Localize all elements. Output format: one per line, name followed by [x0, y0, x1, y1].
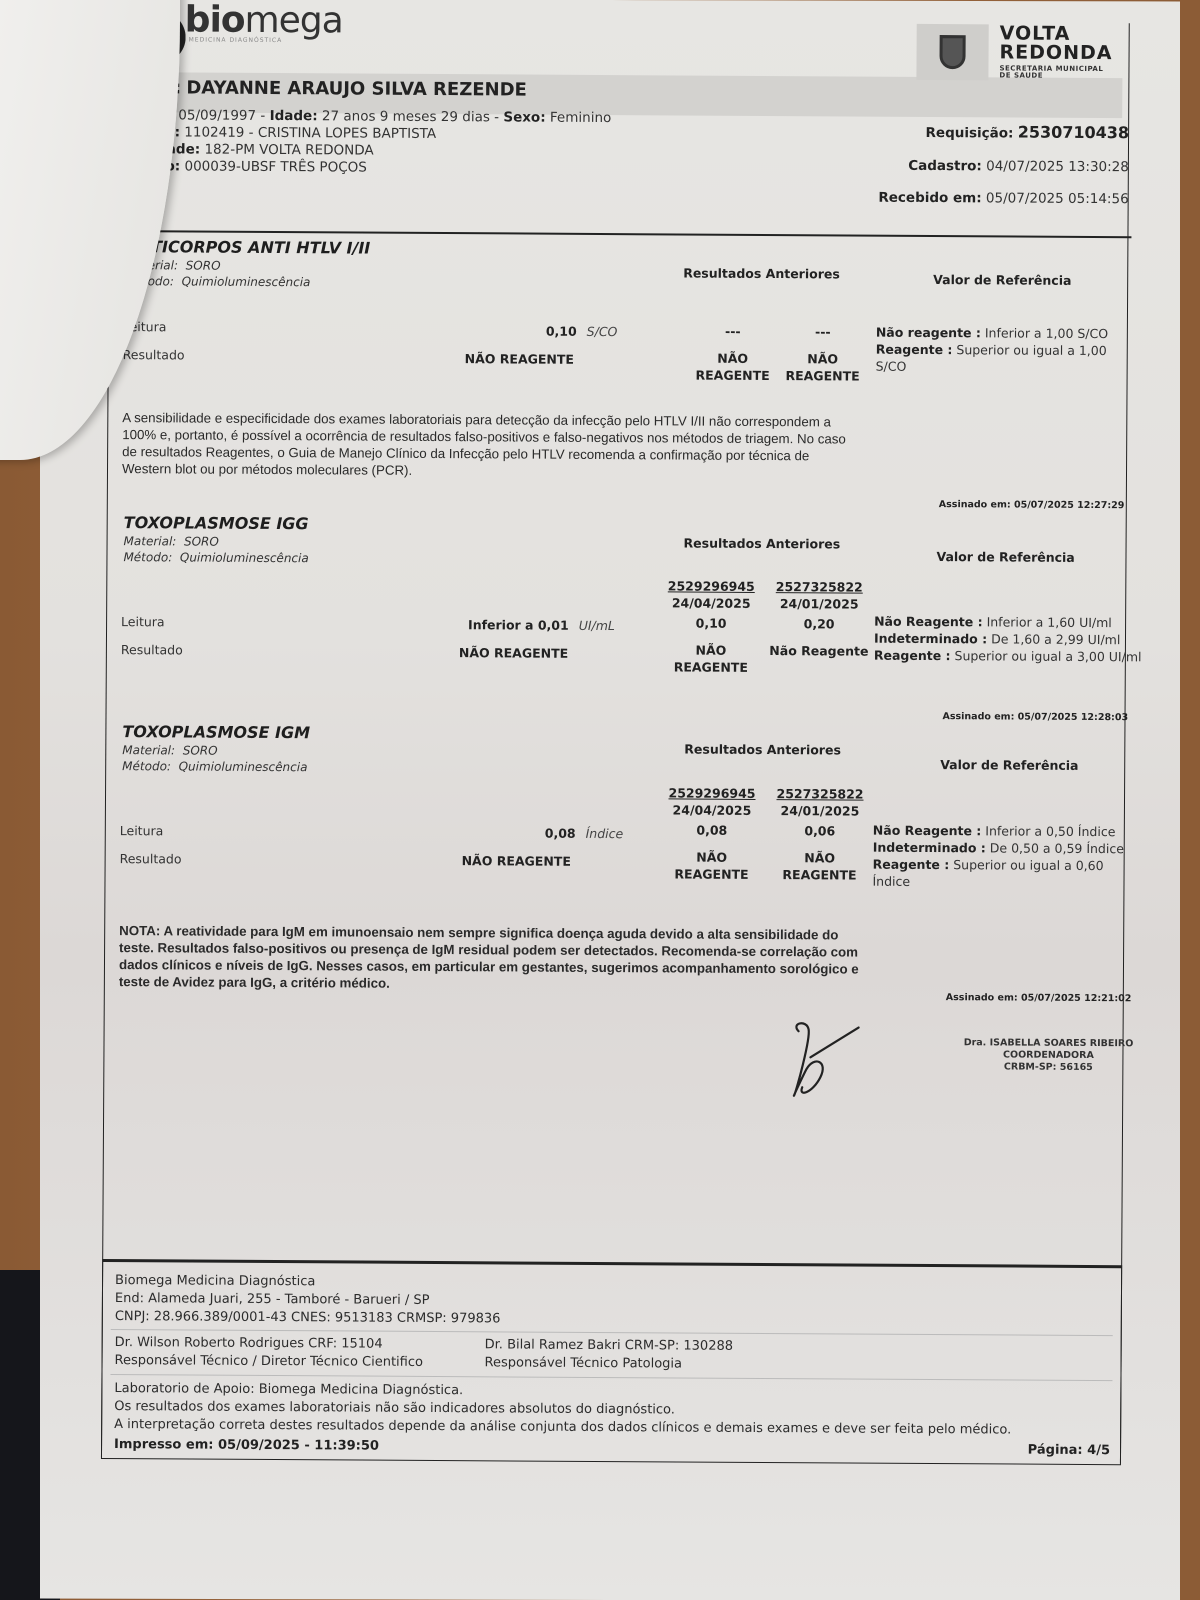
sexo-value: Feminino: [550, 110, 611, 126]
page-label: Página:: [1028, 1443, 1083, 1458]
signed-toxo-igg: Assinado em: 05/07/2025 12:28:03: [942, 711, 1128, 723]
exam-meta-toxo-igg: Material: SORO Método: Quimioluminescênc…: [123, 533, 308, 566]
previous-result-1-toxo-igg: 2529296945 24/04/2025 0,10 NÃO REAGENTE: [661, 577, 762, 676]
city-name-line2: REDONDA: [1000, 43, 1113, 63]
exam-title-toxo-igm: TOXOPLASMOSE IGM: [122, 722, 310, 742]
reference-header: Valor de Referência: [940, 757, 1078, 773]
footer-company: Biomega Medicina Diagnóstica: [115, 1272, 501, 1292]
resultado-label: Resultado: [121, 642, 183, 657]
signature-icon: [788, 1021, 878, 1102]
prev-request-link[interactable]: 2527325822: [769, 578, 869, 596]
leitura-label: Leitura: [120, 823, 164, 838]
idade-label: Idade:: [270, 108, 318, 124]
ref-label: Reagente :: [874, 648, 951, 663]
cadastro: Cadastro: 04/07/2025 13:30:28: [908, 158, 1129, 175]
biomega-logo: biomega MEDICINA DIAGNÓSTICA: [185, 0, 343, 44]
signer-block: Dra. ISABELLA SOARES RIBEIRO COORDENADOR…: [958, 1037, 1138, 1074]
reference-values-htlv: Não reagente : Inferior a 1,00 S/CO Reag…: [876, 324, 1136, 377]
material-value: SORO: [186, 258, 221, 272]
previous-results-header: Resultados Anteriores: [683, 265, 840, 281]
footer-disclaimer: Laboratorio de Apoio: Biomega Medicina D…: [114, 1380, 1011, 1439]
prev-request-link[interactable]: 2529296945: [662, 784, 762, 802]
printed-at: Impresso em: 05/09/2025 - 11:39:50: [114, 1436, 379, 1456]
page-number: Página: 4/5: [1028, 1442, 1110, 1461]
signed-htlv: Assinado em: 05/07/2025 12:27:29: [939, 499, 1125, 511]
signed-value: 05/07/2025 12:27:29: [1014, 500, 1124, 512]
prev-leitura: ---: [783, 323, 863, 340]
ref-label: Indeterminado :: [873, 840, 986, 856]
signer-name: Dra. ISABELLA SOARES RIBEIRO: [958, 1037, 1138, 1050]
leitura-value-toxo-igg: Inferior a 0,01UI/mL: [468, 617, 615, 633]
igm-note: NOTA: A reatividade para IgM em imunoens…: [119, 922, 874, 995]
prev-resultado: NÃO REAGENTE: [661, 848, 761, 883]
previous-result-2-toxo-igg: 2527325822 24/01/2025 0,20 Não Reagente: [769, 578, 869, 660]
leitura-number: 0,08: [545, 826, 576, 841]
previous-result-2-htlv: --- NÃO REAGENTE: [783, 323, 863, 384]
resultado-label: Resultado: [123, 347, 185, 362]
sexo-label: Sexo:: [503, 109, 545, 125]
footer-resp-2: Dr. Bilal Ramez Bakri CRM-SP: 130288 Res…: [485, 1336, 734, 1374]
metodo-label: Método:: [122, 759, 171, 773]
recebido: Recebido em: 05/07/2025 05:14:56: [878, 190, 1128, 208]
metodo-label: Método:: [123, 550, 172, 564]
city-crest-icon: [916, 24, 988, 80]
cadastro-label: Cadastro:: [908, 158, 982, 174]
ref-label: Não Reagente :: [874, 614, 983, 630]
reference-values-toxo-igm: Não Reagente : Inferior a 0,50 Índice In…: [872, 822, 1132, 892]
metodo-value: Quimioluminescência: [180, 550, 309, 565]
unidade-value: 182-PM VOLTA REDONDA: [204, 142, 373, 159]
ref-text: De 1,60 a 2,99 UI/ml: [991, 631, 1120, 647]
signed-label: Assinado em:: [939, 499, 1011, 510]
resultado-value-toxo-igg: NÃO REAGENTE: [459, 645, 568, 661]
patient-info: Nasc: 05/09/1997 - Idade: 27 anos 9 mese…: [132, 107, 612, 178]
prev-leitura: 0,20: [769, 615, 869, 633]
leitura-number: Inferior a 0,01: [468, 617, 569, 633]
patient-name: r.(a): DAYANNE ARAUJO SILVA REZENDE: [132, 77, 527, 100]
prev-date: 24/01/2025: [770, 802, 870, 820]
footer-resp-1: Dr. Wilson Roberto Rodrigues CRF: 15104 …: [115, 1334, 424, 1372]
footer-address: End: Alameda Juari, 255 - Tamboré - Baru…: [115, 1290, 501, 1310]
requisicao-label: Requisição:: [926, 125, 1014, 142]
signed-toxo-igm: Assinado em: 05/07/2025 12:21:02: [946, 992, 1132, 1004]
leitura-value-toxo-igm: 0,08Índice: [545, 826, 624, 841]
prev-date: 24/04/2025: [661, 594, 761, 612]
material-label: Material:: [122, 743, 175, 757]
recebido-value: 05/07/2025 05:14:56: [986, 190, 1129, 207]
prev-resultado: Não Reagente: [769, 642, 869, 660]
previous-result-2-toxo-igm: 2527325822 24/01/2025 0,06 NÃO REAGENTE: [769, 785, 870, 884]
prev-request-link[interactable]: 2527325822: [770, 785, 870, 803]
leitura-unit: UI/mL: [579, 618, 615, 633]
signer-role: COORDENADORA: [958, 1049, 1138, 1062]
reference-header: Valor de Referência: [936, 549, 1074, 565]
prev-resultado: NÃO REAGENTE: [693, 350, 773, 384]
signer-registry: CRBM-SP: 56165: [958, 1061, 1138, 1074]
report-footer: Biomega Medicina Diagnóstica End: Alamed…: [101, 1259, 1122, 1465]
leitura-unit: S/CO: [587, 324, 618, 339]
patient-name-value: DAYANNE ARAUJO SILVA REZENDE: [186, 77, 527, 100]
logo-bold-text: bio: [185, 0, 245, 41]
ref-label: Não reagente :: [876, 325, 981, 341]
ref-text: Inferior a 1,60 UI/ml: [987, 614, 1112, 630]
prev-date: 24/01/2025: [769, 595, 869, 613]
prev-resultado: NÃO REAGENTE: [769, 849, 869, 884]
signed-label: Assinado em:: [942, 711, 1014, 722]
prev-date: 24/04/2025: [662, 801, 762, 819]
nasc-value: 05/09/1997: [178, 107, 256, 123]
ref-label: Reagente :: [876, 342, 953, 357]
exam-meta-toxo-igm: Material: SORO Método: Quimioluminescênc…: [122, 742, 307, 775]
prev-leitura: 0,08: [662, 821, 762, 839]
ref-text: Superior ou igual a 3,00 UI/ml: [954, 648, 1141, 664]
ref-text: De 0,50 a 0,59 Índice: [990, 840, 1124, 856]
htlv-note: A sensibilidade e especificidade dos exa…: [122, 409, 857, 481]
resp1-role: Responsável Técnico / Diretor Técnico Ci…: [115, 1352, 424, 1372]
printed-label: Impresso em:: [114, 1437, 214, 1453]
previous-results-header: Resultados Anteriores: [684, 536, 841, 552]
page-value: 4/5: [1087, 1443, 1110, 1458]
logo-text: mega: [244, 0, 342, 41]
posto-value: 000039-UBSF TRÊS POÇOS: [184, 158, 366, 175]
resp2-role: Responsável Técnico Patologia: [485, 1354, 733, 1374]
metodo-value: Quimioluminescência: [182, 274, 311, 289]
prev-request-link[interactable]: 2529296945: [661, 577, 761, 595]
material-value: SORO: [184, 534, 219, 548]
reference-header: Valor de Referência: [933, 272, 1071, 288]
previous-result-1-htlv: --- NÃO REAGENTE: [693, 323, 773, 384]
requisicao: Requisição: 2530710438: [926, 122, 1130, 142]
footer-ids: CNPJ: 28.966.389/0001-43 CNES: 9513183 C…: [115, 1308, 501, 1328]
previous-result-1-toxo-igm: 2529296945 24/04/2025 0,08 NÃO REAGENTE: [661, 784, 762, 883]
material-value: SORO: [183, 743, 218, 757]
idade-value: 27 anos 9 meses 29 dias: [322, 108, 490, 125]
cadastro-value: 04/07/2025 13:30:28: [986, 158, 1129, 175]
doctor-value: 1102419 - CRISTINA LOPES BAPTISTA: [184, 124, 436, 142]
exam-title-toxo-igg: TOXOPLASMOSE IGG: [124, 513, 309, 533]
prev-leitura: 0,10: [661, 614, 761, 632]
prev-leitura: 0,06: [770, 822, 870, 840]
requisicao-value: 2530710438: [1018, 123, 1129, 143]
resultado-label: Resultado: [120, 851, 182, 866]
resp2-name: Dr. Bilal Ramez Bakri CRM-SP: 130288: [485, 1336, 733, 1356]
prev-resultado: NÃO REAGENTE: [783, 350, 863, 384]
signed-label: Assinado em:: [946, 992, 1018, 1003]
ref-text: Inferior a 0,50 Índice: [985, 823, 1115, 839]
lab-report-document: biomega MEDICINA DIAGNÓSTICA VOLTA REDON…: [0, 0, 1200, 1600]
leitura-number: 0,10: [546, 324, 577, 339]
footer-lab-info: Biomega Medicina Diagnóstica End: Alamed…: [115, 1272, 501, 1328]
previous-results-header: Resultados Anteriores: [684, 742, 841, 758]
printed-value: 05/09/2025 - 11:39:50: [218, 1438, 379, 1454]
leitura-value-htlv: 0,10S/CO: [546, 324, 618, 339]
material-label: Material:: [124, 534, 177, 548]
prev-leitura: ---: [693, 323, 773, 340]
city-logo: VOLTA REDONDA SECRETARIA MUNICIPAL DE SA…: [999, 24, 1112, 80]
leitura-label: Leitura: [121, 614, 165, 629]
resultado-value-toxo-igm: NÃO REAGENTE: [462, 853, 571, 869]
signed-value: 05/07/2025 12:28:03: [1018, 712, 1128, 724]
exam-title-htlv: ANTICORPOS ANTI HTLV I/II: [125, 237, 370, 257]
recebido-label: Recebido em:: [878, 190, 981, 207]
resp1-name: Dr. Wilson Roberto Rodrigues CRF: 15104: [115, 1334, 424, 1354]
signed-value: 05/07/2025 12:21:02: [1021, 993, 1131, 1005]
city-dept-line2: DE SAUDE: [999, 72, 1112, 80]
ref-label: Não Reagente :: [873, 823, 982, 839]
reference-values-toxo-igg: Não Reagente : Inferior a 1,60 UI/ml Ind…: [874, 613, 1144, 666]
ref-label: Indeterminado :: [874, 631, 987, 647]
prev-resultado: NÃO REAGENTE: [661, 641, 761, 676]
metodo-value: Quimioluminescência: [179, 759, 308, 774]
ref-label: Reagente :: [873, 857, 950, 872]
leitura-unit: Índice: [586, 826, 624, 841]
ref-text: Inferior a 1,00 S/CO: [985, 325, 1108, 341]
resultado-value-htlv: NÃO REAGENTE: [465, 351, 574, 367]
